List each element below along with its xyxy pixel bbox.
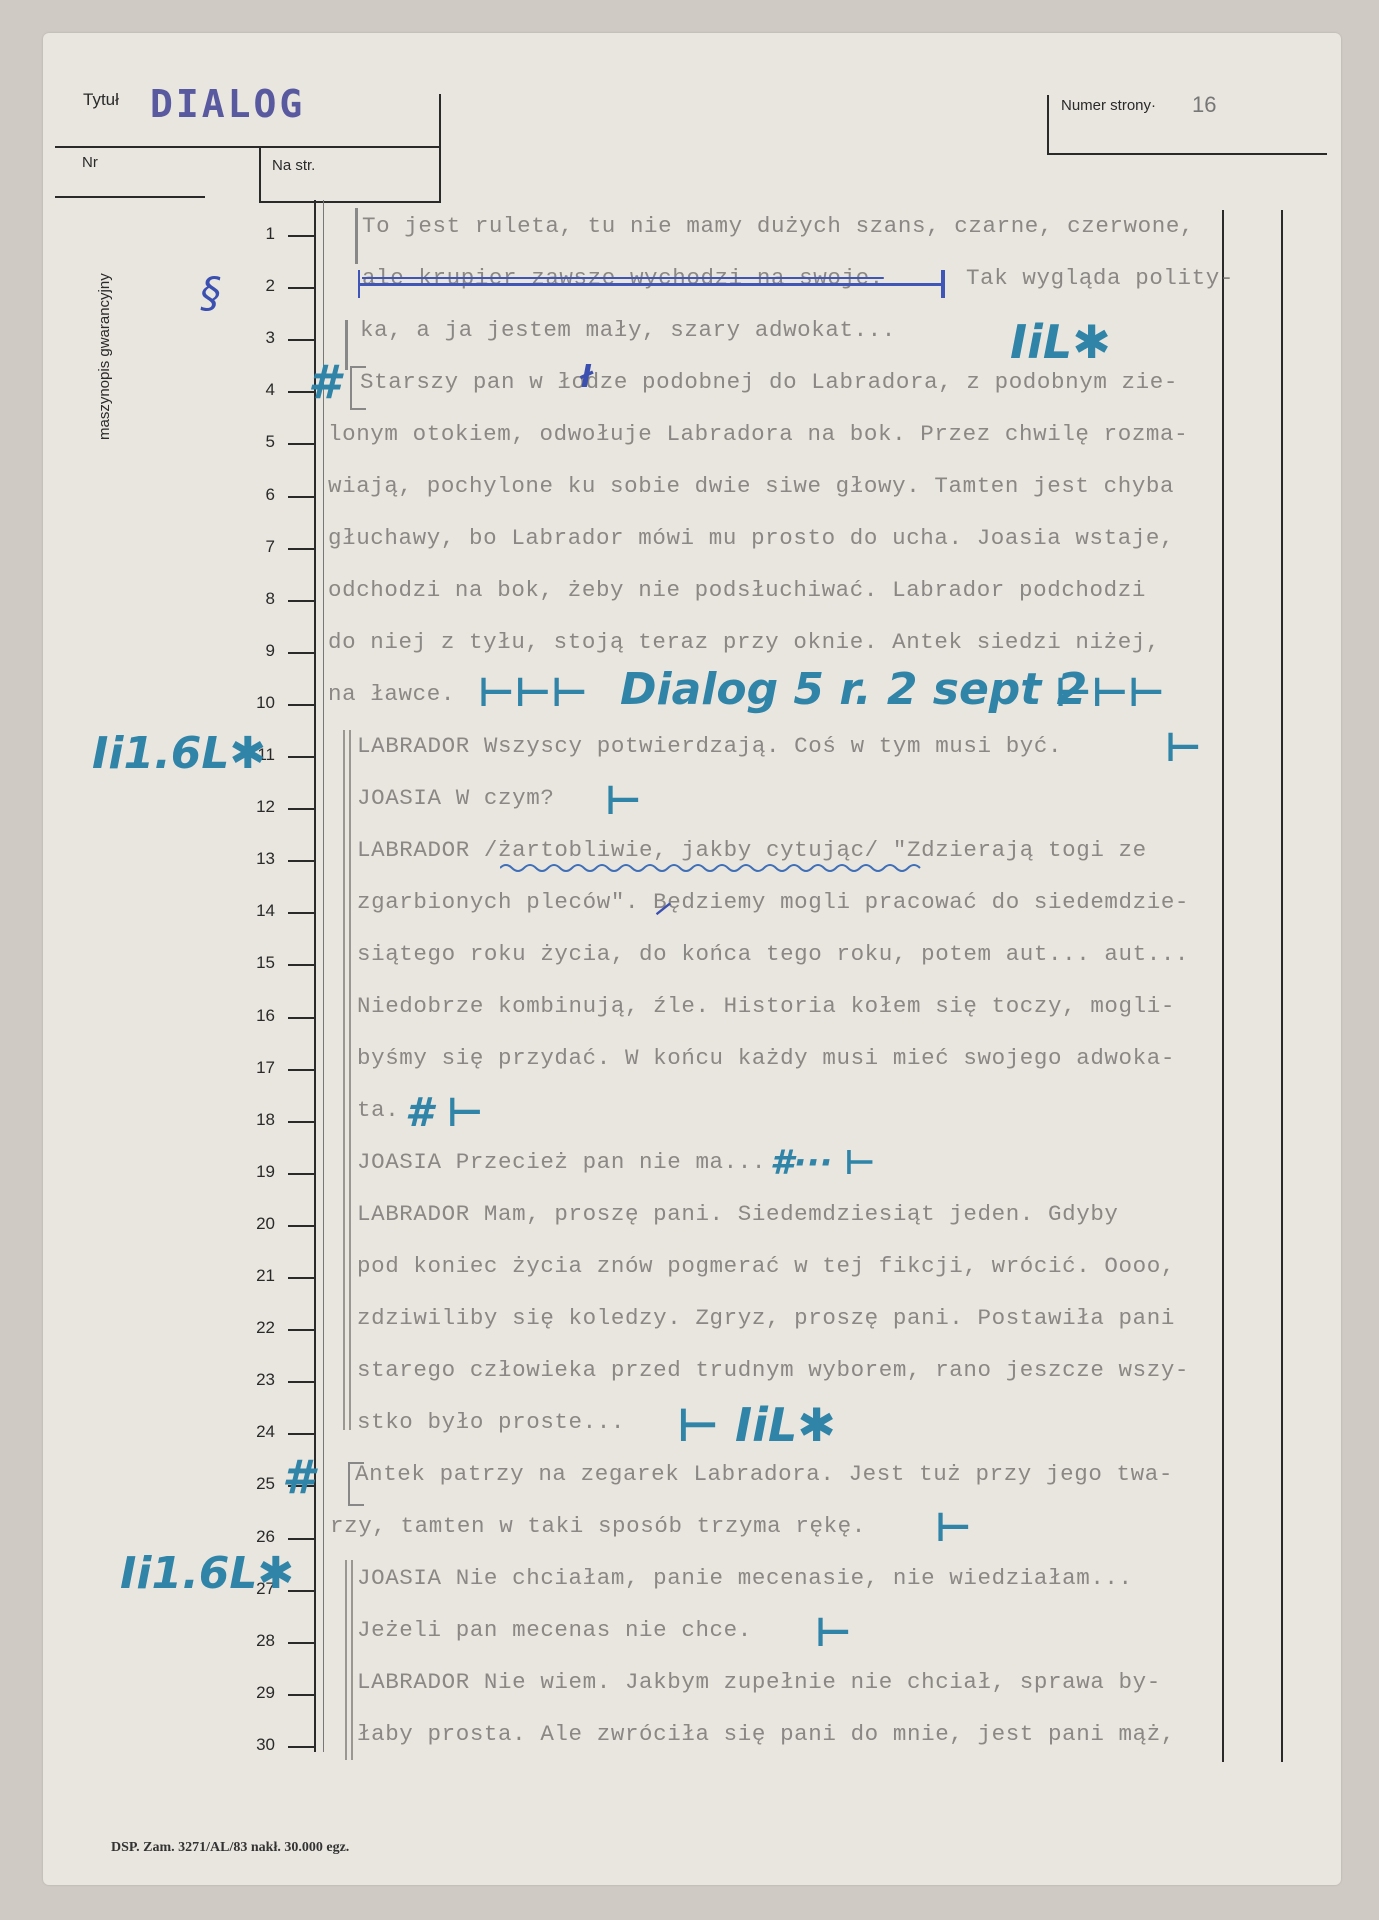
- text-line-4: Starszy pan w łodze podobnej do Labrador…: [360, 369, 1178, 395]
- page-box-bottom: [1047, 153, 1327, 155]
- line-number: 30: [235, 1735, 275, 1755]
- line-tick: [288, 600, 314, 602]
- header-right-border: [439, 94, 441, 202]
- text-line-15: siątego roku życia, do końca tego roku, …: [357, 941, 1189, 967]
- section-mark-line-2: §: [200, 268, 221, 317]
- header-bottom-rule: [259, 201, 441, 203]
- text-line-10: na ławce.: [328, 681, 455, 707]
- text-line-27: JOASIA Nie chciałam, panie mecenasie, ni…: [357, 1565, 1133, 1591]
- print-footer: DSP. Zam. 3271/AL/83 nakł. 30.000 egz.: [111, 1840, 349, 1856]
- text-line-19: JOASIA Przecież pan nie ma...: [357, 1149, 766, 1175]
- hash-mark-line-25: #: [282, 1450, 314, 1504]
- text-line-3: ka, a ja jestem mały, szary adwokat...: [360, 317, 896, 343]
- text-line-28: Jeżeli pan mecenas nie chce.: [357, 1617, 752, 1643]
- mark-line-14: ⸝: [655, 880, 670, 921]
- line-tick: [288, 860, 314, 862]
- dialogue-bar-outer-2: [345, 1560, 347, 1760]
- paragraph-bar-top: [355, 208, 358, 264]
- margin-note-line-27: Ii1.6L✱: [120, 1548, 294, 1599]
- struck-text-line-2: ale krupier zawsze wychodzi na swoje.: [362, 265, 884, 291]
- line-tick: [288, 1433, 314, 1435]
- line-tick: [288, 1121, 314, 1123]
- line-number: 3: [235, 328, 275, 348]
- text-line-9: do niej z tyłu, stoją teraz przy oknie. …: [328, 629, 1160, 655]
- text-line-20: LABRADOR Mam, proszę pani. Siedemdziesią…: [357, 1201, 1119, 1227]
- end-mark-line-11: ⊢: [1165, 725, 1202, 771]
- line-number: 7: [235, 537, 275, 557]
- text-line-24: stko było proste...: [357, 1409, 625, 1435]
- title-label: Tytuł: [83, 90, 119, 110]
- strike-end-mark: [941, 270, 945, 298]
- paragraph-bracket-line25: [348, 1462, 364, 1506]
- text-line-26: rzy, tamten w taki sposób trzyma rękę.: [330, 1513, 866, 1539]
- line-number: 4: [235, 380, 275, 400]
- line-number: 15: [235, 953, 275, 973]
- line-number: 14: [235, 901, 275, 921]
- strike-start-mark: [358, 270, 360, 298]
- line-number: 16: [235, 1006, 275, 1026]
- line-number: 19: [235, 1162, 275, 1182]
- text-line-5: lonym otokiem, odwołuje Labradora na bok…: [328, 421, 1188, 447]
- marks-line-18: # ⊢: [405, 1090, 483, 1136]
- line-tick: [288, 652, 314, 654]
- text-line-18: ta.: [357, 1097, 399, 1123]
- nr-label: Nr: [82, 154, 98, 171]
- text-line-11: LABRADOR Wszyscy potwierdzają. Coś w tym…: [357, 733, 1062, 759]
- line-number: 8: [235, 589, 275, 609]
- page-number: 16: [1192, 92, 1216, 118]
- line-number: 9: [235, 641, 275, 661]
- line-tick: [288, 339, 314, 341]
- line-tick: [288, 235, 314, 237]
- line-tick: [288, 1017, 314, 1019]
- line-number: 23: [235, 1370, 275, 1390]
- text-line-14: zgarbionych pleców". Będziemy mogli prac…: [357, 889, 1189, 915]
- line-number: 2: [235, 276, 275, 296]
- text-line-2: Tak wygląda polity-: [966, 265, 1234, 291]
- end-marks-line-10: ⊢⊢⊢: [1055, 670, 1165, 716]
- note-line-3: IiL✱: [1010, 315, 1111, 369]
- page-number-label: Numer strony·: [1061, 97, 1156, 114]
- text-line-16: Niedobrze kombinują, źle. Historia kołem…: [357, 993, 1175, 1019]
- correction-line-4: ł: [580, 360, 591, 395]
- strikethrough-line-2: [358, 283, 943, 286]
- line-tick: [288, 912, 314, 914]
- marks-line-10: ⊢⊢⊢: [478, 670, 588, 716]
- line-number: 6: [235, 485, 275, 505]
- line-tick: [288, 496, 314, 498]
- na-str-label: Na str.: [272, 157, 315, 174]
- line-tick: [288, 704, 314, 706]
- line-tick: [288, 1642, 314, 1644]
- text-line-22: zdziwiliby się koledzy. Zgryz, proszę pa…: [357, 1305, 1175, 1331]
- line-tick: [288, 1694, 314, 1696]
- line-number: 22: [235, 1318, 275, 1338]
- line-tick: [288, 1381, 314, 1383]
- ruler-vertical-inner: [323, 200, 324, 1752]
- line-number: 1: [235, 224, 275, 244]
- header-rule: [55, 146, 441, 148]
- nr-divider: [259, 146, 261, 202]
- line-number: 24: [235, 1422, 275, 1442]
- end-mark-line-28: ⊢: [815, 1610, 852, 1656]
- title-stamp: DIALOG: [150, 82, 305, 126]
- line-tick: [288, 1329, 314, 1331]
- text-line-17: byśmy się przydać. W końcu każdy musi mi…: [357, 1045, 1175, 1071]
- line-tick: [288, 1538, 314, 1540]
- marks-line-19: #··· ⊢: [770, 1143, 875, 1183]
- line-number: 25: [235, 1474, 275, 1494]
- right-margin-line: [1222, 210, 1224, 1762]
- line-tick: [288, 443, 314, 445]
- line-tick: [288, 1277, 314, 1279]
- line-number: 12: [235, 797, 275, 817]
- note-line-10: Dialog 5 r. 2 sept 2: [620, 664, 1087, 715]
- dialogue-bar-inner-2: [351, 1560, 353, 1760]
- marks-line-24: ⊢ IiL✱: [677, 1398, 836, 1452]
- line-tick: [288, 287, 314, 289]
- ruler-vertical: [314, 200, 316, 1752]
- line-tick: [288, 1225, 314, 1227]
- text-line-1: To jest ruleta, tu nie mamy dużych szans…: [362, 213, 1194, 239]
- text-line-7: głuchawy, bo Labrador mówi mu prosto do …: [328, 525, 1174, 551]
- end-mark-line-26: ⊢: [935, 1505, 972, 1551]
- line-number: 20: [235, 1214, 275, 1234]
- text-line-6: wiają, pochylone ku sobie dwie siwe głow…: [328, 473, 1174, 499]
- header-bottom-rule-left: [55, 196, 205, 198]
- line-tick: [288, 756, 314, 758]
- text-line-12: JOASIA W czym?: [357, 785, 554, 811]
- margin-note-line-11: Ii1.6L✱: [92, 728, 266, 779]
- line-tick: [288, 808, 314, 810]
- line-number: 29: [235, 1683, 275, 1703]
- dialogue-bar-inner: [349, 730, 351, 1430]
- text-line-25: Antek patrzy na zegarek Labradora. Jest …: [355, 1461, 1173, 1487]
- line-number: 26: [235, 1527, 275, 1547]
- text-line-29: LABRADOR Nie wiem. Jakbym zupełnie nie c…: [357, 1669, 1161, 1695]
- paragraph-bar-line3: [345, 320, 348, 370]
- line-number: 17: [235, 1058, 275, 1078]
- line-number: 10: [235, 693, 275, 713]
- paragraph-bracket-line4: [350, 366, 366, 410]
- line-number: 28: [235, 1631, 275, 1651]
- line-number: 18: [235, 1110, 275, 1130]
- wavy-underline-line-13: [500, 862, 925, 874]
- end-mark-line-12: ⊢: [605, 778, 642, 824]
- hash-mark-line-4: #: [308, 355, 340, 409]
- text-line-13: LABRADOR /żartobliwie, jakby cytując/ "Z…: [357, 837, 1147, 863]
- right-edge-line: [1281, 210, 1283, 1762]
- text-line-23: starego człowieka przed trudnym wyborem,…: [357, 1357, 1189, 1383]
- page-box-left: [1047, 95, 1049, 155]
- dialogue-bar-outer: [343, 730, 345, 1430]
- line-number: 21: [235, 1266, 275, 1286]
- line-tick: [288, 548, 314, 550]
- text-line-8: odchodzi na bok, żeby nie podsłuchiwać. …: [328, 577, 1146, 603]
- side-label: maszynopis gwarancyjny: [96, 273, 113, 440]
- line-tick: [288, 1069, 314, 1071]
- line-tick: [288, 964, 314, 966]
- line-number: 13: [235, 849, 275, 869]
- line-number: 5: [235, 432, 275, 452]
- text-line-21: pod koniec życia znów pogmerać w tej fik…: [357, 1253, 1175, 1279]
- line-tick: [288, 1746, 314, 1748]
- line-tick: [288, 1173, 314, 1175]
- text-line-30: łaby prosta. Ale zwróciła się pani do mn…: [357, 1721, 1175, 1747]
